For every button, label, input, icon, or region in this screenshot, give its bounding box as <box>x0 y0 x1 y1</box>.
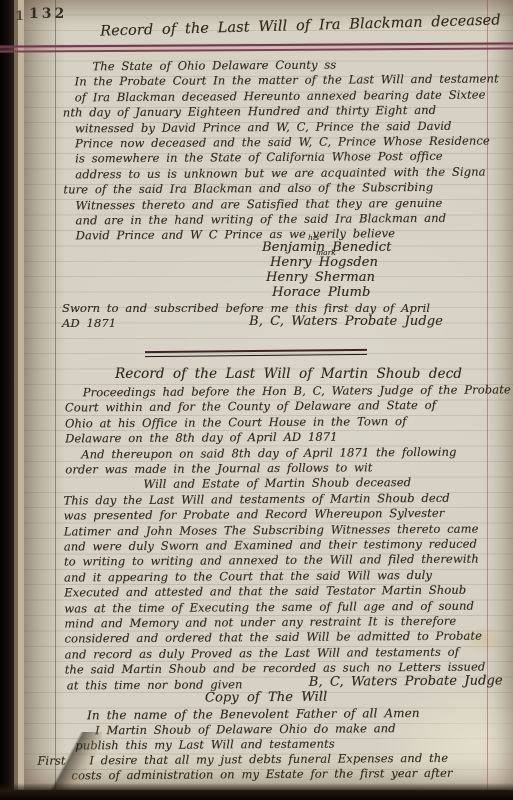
signature-name: Henry Hogsden <box>270 255 378 270</box>
page-bottom-shadow <box>0 783 513 790</box>
signature-name: Horace Plumb <box>272 285 370 300</box>
text-line: The State of Ohio Delaware County ss <box>92 58 336 74</box>
text-line: witnessed by David Prince and W, C, Prin… <box>75 119 452 136</box>
attestation-date: AD 1871 <box>62 316 116 330</box>
signature-note: his <box>308 233 319 242</box>
text-line: of Ira Blackman deceased Hereunto annexe… <box>75 87 486 104</box>
book-bottom-edge <box>0 790 513 800</box>
ledger-page: 132 Record of the Last Will of Ira Black… <box>24 0 513 790</box>
section-divider-line <box>145 349 367 357</box>
text-line: Delaware on the 8th day of April AD 1871 <box>65 430 338 446</box>
signature-line: mark Henry Hogsden <box>270 255 378 270</box>
text-line: to writing to writing and annexed to the… <box>64 552 479 569</box>
text-line: Proceedings had before the Hon B, C, Wat… <box>83 382 511 399</box>
attestation-line: Sworn to and subscribed before me this f… <box>62 301 430 315</box>
judge-signature: B, C, Waters Probate Judge <box>249 314 443 329</box>
text-line: ture of the said Ira Blackman and also o… <box>63 180 433 197</box>
record-title-shoub: Record of the Last Will of Martin Shoub … <box>115 366 462 382</box>
will-text-line: publish this my Last Will and testaments <box>75 737 335 753</box>
text-line: and record as duly Proved as the Last Wi… <box>65 645 459 662</box>
judge-signature-2: B, C, Waters Probate Judge <box>309 673 503 689</box>
text-line: Court within and for the County of Delaw… <box>65 398 436 415</box>
text-line: This day the Last Will and testaments of… <box>63 491 449 508</box>
journal-heading: Will and Estate of Martin Shoub deceased <box>143 475 411 491</box>
record-title-blackman: Record of the Last Will of Ira Blackman … <box>100 12 501 39</box>
will-text-line: In the name of the Benevolent Father of … <box>87 706 420 722</box>
text-line: Latimer and John Moses The Subscribing W… <box>64 522 479 539</box>
blackman-record-body: The State of Ohio Delaware County ss In … <box>24 0 513 2</box>
will-text-line: I desire that all my just debts funeral … <box>89 751 448 768</box>
edge-page-digit: 1 <box>15 9 24 24</box>
shoub-record-body: Proceedings had before the Hon B, C, Wat… <box>24 0 513 2</box>
text-line: nth day of January Eighteen Hundred and … <box>63 103 436 120</box>
text-line: Witnesses thereto and are Satisfied that… <box>75 196 442 213</box>
text-line: considered and ordered that the said Wil… <box>64 629 482 646</box>
text-line: order was made in the Journal as follows… <box>65 460 372 476</box>
will-text-line: costs of administration on my Estate for… <box>71 766 452 783</box>
text-line: and are in the hand writing of the said … <box>75 211 446 228</box>
text-line: Prince now deceased and the said W, C, P… <box>75 133 490 150</box>
text-line: and it appearing to the Court that the s… <box>64 568 432 585</box>
signature-line: Henry Sherman <box>266 270 375 285</box>
copy-of-will-heading: Copy of The Will <box>205 690 328 706</box>
book-binding <box>0 0 14 800</box>
text-line: was at the time of Executing the same of… <box>64 599 474 616</box>
text-line: Executed and attested and that the said … <box>64 583 466 600</box>
text-line: and were duly Sworn and Examined and the… <box>64 537 477 554</box>
left-margin-crease <box>55 0 56 790</box>
text-line: is somewhere in the State of California … <box>75 149 443 166</box>
text-line: address to us is unknown but we are acqu… <box>75 164 485 181</box>
text-line: was presented for Probate and Record Whe… <box>64 506 445 523</box>
page-number: 132 <box>29 6 67 22</box>
ledger-photo: 1 132 Record of the Last Will of Ira Bla… <box>0 0 513 800</box>
signature-line: Horace Plumb <box>272 285 370 300</box>
text-line: Ohio at his Office in the Court House in… <box>65 414 407 430</box>
text-line: In the Probate Court In the matter of th… <box>75 71 499 88</box>
will-text-line: I Martin Shoub of Delaware Ohio do make … <box>95 721 396 737</box>
page-corner-shadow <box>24 732 102 790</box>
signature-note: mark <box>316 248 336 257</box>
text-line: mind and Memory and not under any restra… <box>64 614 456 631</box>
signature-name: Henry Sherman <box>266 270 375 285</box>
text-line: And thereupon on said 8th day of April 1… <box>81 445 456 462</box>
